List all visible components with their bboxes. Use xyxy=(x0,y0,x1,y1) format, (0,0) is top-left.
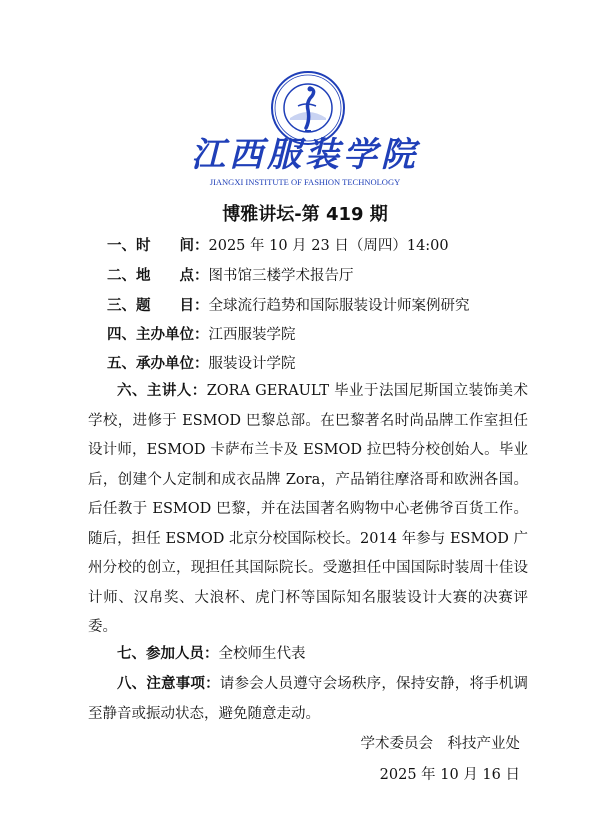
item-value: 服装设计学院 xyxy=(209,356,296,372)
item-label: 三、题 目： xyxy=(107,298,209,314)
item-label: 四、主办单位： xyxy=(107,327,209,343)
item-value: 图书馆三楼学术报告厅 xyxy=(209,268,354,284)
brand-name-en: JIANGXI INSTITUTE OF FASHION TECHNOLOGY xyxy=(0,177,610,187)
item-value: 全球流行趋势和国际服装设计师案例研究 xyxy=(209,298,470,314)
brand-name-cn: 江西服装学院 xyxy=(0,135,610,175)
attendees-line: 七、参加人员：全校师生代表 xyxy=(117,640,537,670)
attendees-value: 全校师生代表 xyxy=(219,646,306,662)
page-title: 博雅讲坛-第 419 期 xyxy=(0,200,610,226)
item-label: 一、时 间： xyxy=(107,238,209,254)
attendees-label: 七、参加人员： xyxy=(117,646,219,662)
item-value: 2025 年 10 月 23 日（周四）14:00 xyxy=(209,238,449,254)
issue-date: 2025 年 10 月 16 日 xyxy=(380,763,520,784)
item-host: 四、主办单位：江西服装学院 xyxy=(107,325,296,345)
issuers: 学术委员会 科技产业处 xyxy=(361,732,521,753)
speaker-label: 六、主讲人： xyxy=(117,383,207,399)
item-label: 二、地 点： xyxy=(107,268,209,284)
notes-label: 八、注意事项： xyxy=(117,676,220,692)
item-organizer: 五、承办单位：服装设计学院 xyxy=(107,354,296,374)
notes-paragraph: 八、注意事项：请参会人员遵守会场秩序，保持安静，将手机调至静音或振动状态，避免随… xyxy=(88,670,528,729)
speaker-bio: ZORA GERAULT 毕业于法国尼斯国立装饰美术学校，进修于 ESMOD 巴… xyxy=(88,383,528,635)
item-topic: 三、题 目：全球流行趋势和国际服装设计师案例研究 xyxy=(107,296,470,316)
item-value: 江西服装学院 xyxy=(209,327,296,343)
speaker-paragraph: 六、主讲人：ZORA GERAULT 毕业于法国尼斯国立装饰美术学校，进修于 E… xyxy=(88,377,528,643)
item-time: 一、时 间：2025 年 10 月 23 日（周四）14:00 xyxy=(107,236,449,256)
item-label: 五、承办单位： xyxy=(107,356,209,372)
item-location: 二、地 点：图书馆三楼学术报告厅 xyxy=(107,266,354,286)
